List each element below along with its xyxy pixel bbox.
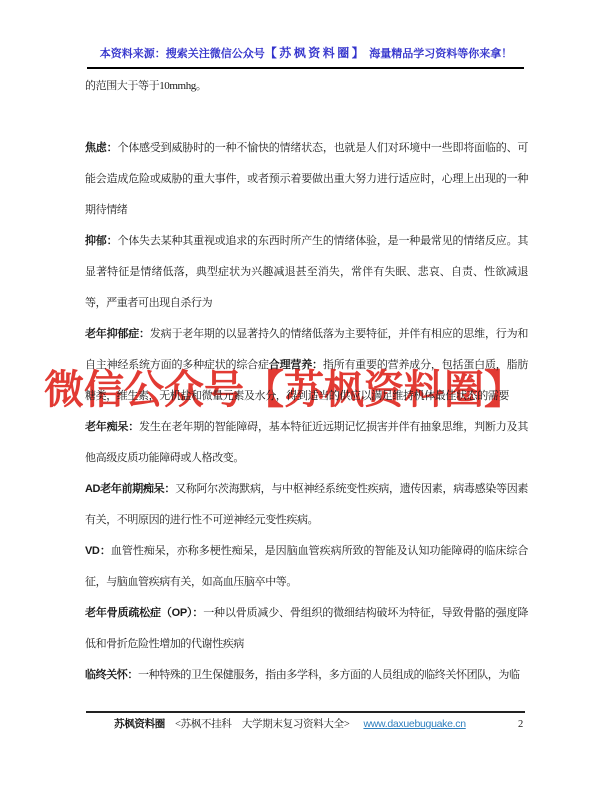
definition-paragraph-depressed-mood: 抑郁：个体失去某种其重视或追求的东西时所产生的情绪体验，是一种最常见的情绪反应。… <box>85 226 528 319</box>
footer-site-link[interactable]: www.daxuebuguake.cn <box>363 718 465 730</box>
definition-paragraph-senile-dementia: 老年痴呆：发生在老年期的智能障碍，基本特征近远期记忆损害并伴有抽象思维，判断力及… <box>85 412 528 474</box>
definition-paragraph-ad-presenile-dementia: AD老年前期痴呆：又称阿尔茨海默病，与中枢神经系统变性疾病，遗传因素，病毒感染等… <box>85 474 528 536</box>
header-notice: 本资料来源：搜索关注微信公众号【苏枫资料圈】 海量精品学习资料等你来拿！ <box>0 44 612 61</box>
definition-paragraph-osteoporosis-op: 老年骨质疏松症（OP）：一种以骨质减少、骨组织的微细结构破坏为特征，导致骨骼的强… <box>85 598 528 660</box>
term-definition: 个体失去某种其重视或追求的东西时所产生的情绪体验，是一种最常见的情绪反应。其显著… <box>85 235 528 309</box>
term-definition: 个体感受到威胁时的一种不愉快的情绪状态，也就是人们对环境中一些即将面临的、可能会… <box>85 142 528 216</box>
term-label: 焦虑： <box>85 142 117 154</box>
footer-tagline: <苏枫不挂科 大学期末复习资料大全> <box>175 716 349 731</box>
term-label: VD： <box>85 545 111 557</box>
term-definition: 血管性痴呆，亦称多梗性痴呆，是因脑血管疾病所致的智能及认知功能障碍的临床综合征，… <box>85 545 528 588</box>
document-page: 本资料来源：搜索关注微信公众号【苏枫资料圈】 海量精品学习资料等你来拿！ 微信公… <box>0 0 612 792</box>
header-rule <box>87 67 524 69</box>
term-label: 老年痴呆： <box>85 421 139 433</box>
definition-paragraph-range-note: 的范围大于等于10mmhg。 <box>85 71 528 102</box>
term-label: 合理营养： <box>269 359 323 371</box>
footer-brand: 苏枫资料圈 <box>114 716 165 731</box>
term-definition: 发生在老年期的智能障碍，基本特征近远期记忆损害并伴有抽象思维，判断力及其他高级皮… <box>85 421 528 464</box>
header-notice-brand: 【苏枫资料圈】 <box>265 46 367 60</box>
definition-paragraph-senile-depression: 老年抑郁症：发病于老年期的以显著持久的情绪低落为主要特征，并伴有相应的思维，行为… <box>85 319 528 412</box>
definition-paragraph-hospice-care: 临终关怀：一种特殊的卫生保健服务，指由多学科，多方面的人员组成的临终关怀团队，为… <box>85 660 528 691</box>
term-label: 老年抑郁症： <box>85 328 150 340</box>
header-notice-prefix: 本资料来源：搜索关注微信公众号 <box>100 48 265 60</box>
header-notice-suffix: 海量精品学习资料等你来拿！ <box>366 48 512 60</box>
footer-row: 苏枫资料圈 <苏枫不挂科 大学期末复习资料大全> www.daxuebuguak… <box>86 713 525 731</box>
term-label: AD老年前期痴呆： <box>85 483 175 495</box>
page-footer: 苏枫资料圈 <苏枫不挂科 大学期末复习资料大全> www.daxuebuguak… <box>86 711 525 731</box>
document-body: 的范围大于等于10mmhg。焦虑：个体感受到威胁时的一种不愉快的情绪状态，也就是… <box>85 71 528 691</box>
term-label: 老年骨质疏松症（OP）： <box>85 607 203 619</box>
term-label: 临终关怀： <box>85 669 138 681</box>
term-definition: 一种特殊的卫生保健服务，指由多学科，多方面的人员组成的临终关怀团队，为临 <box>138 669 520 681</box>
term-definition: 的范围大于等于10mmhg。 <box>85 80 207 92</box>
definition-paragraph-anxiety: 焦虑：个体感受到威胁时的一种不愉快的情绪状态，也就是人们对环境中一些即将面临的、… <box>85 133 528 226</box>
definition-paragraph-vd-vascular-dementia: VD：血管性痴呆，亦称多梗性痴呆，是因脑血管疾病所致的智能及认知功能障碍的临床综… <box>85 536 528 598</box>
page-number: 2 <box>518 719 523 730</box>
term-label: 抑郁： <box>85 235 117 247</box>
